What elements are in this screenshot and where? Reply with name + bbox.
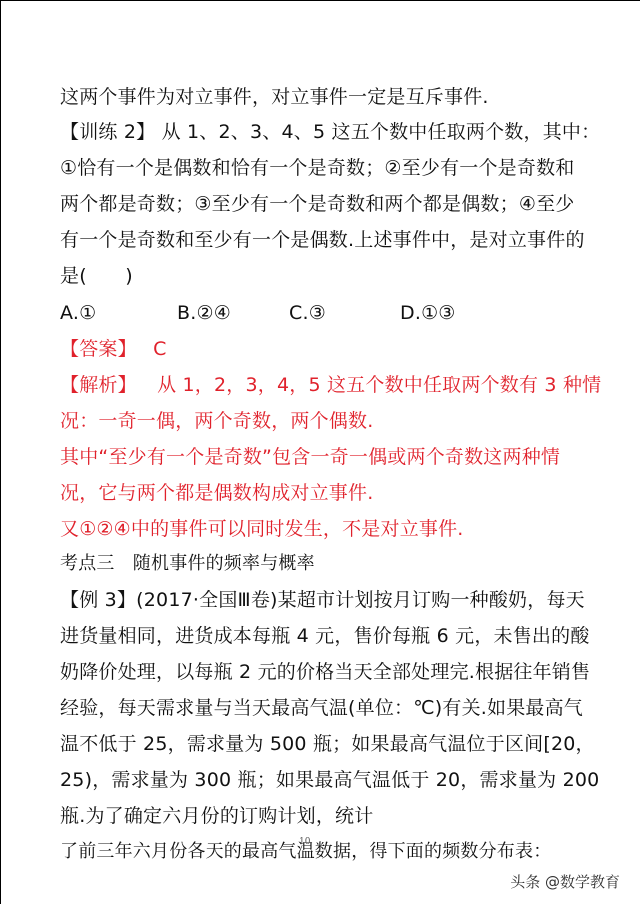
text-line: 有一个是奇数和至少有一个是偶数.上述事件中，是对立事件的 [60, 228, 585, 252]
example-line: 奶降价处理，以每瓶 2 元的价格当天全部处理完.根据往年销售 [60, 660, 590, 684]
option-a: A.① [60, 301, 96, 325]
option-b: B.②④ [177, 301, 231, 325]
text-line: 两个都是奇数；③至少有一个是奇数和两个都是偶数；④至少 [60, 192, 574, 216]
analysis-line: 又①②④中的事件可以同时发生，不是对立事件. [60, 517, 464, 541]
text-line: 这两个事件为对立事件，对立事件一定是互斥事件. [60, 85, 489, 109]
answer-label: 【答案】 [60, 338, 137, 360]
exercise-heading-line: 【训练 2】 从 1、2、3、4、5 这五个数中任取两个数，其中： [60, 120, 600, 144]
option-d: D.①③ [400, 301, 456, 325]
example-line: 瓶.为了确定六月份的订购计划，统计 [60, 804, 373, 828]
answer-value: C [153, 338, 166, 360]
analysis-line: 况：一奇一偶，两个奇数，两个偶数. [60, 409, 373, 433]
answer-line: 【答案】 C [60, 337, 167, 361]
page-number: 10 [299, 837, 310, 847]
section-heading: 考点三 随机事件的频率与概率 [60, 552, 315, 576]
example-line: 【例 3】(2017·全国Ⅲ卷)某超市计划按月订购一种酸奶，每天 [60, 588, 585, 612]
example-line: 经验，每天需求量与当天最高气温(单位：℃)有关.如果最高气 [60, 696, 583, 720]
document-page: 这两个事件为对立事件，对立事件一定是互斥事件. 【训练 2】 从 1、2、3、4… [0, 0, 640, 904]
analysis-line: 其中“至少有一个是奇数”包含一奇一偶或两个奇数这两种情 [60, 445, 560, 469]
analysis-line: 【解析】 从 1，2，3，4，5 这五个数中任取两个数有 3 种情 [60, 373, 601, 397]
text-line: 是( ) [60, 264, 133, 288]
watermark: 头条 @数学教育 [510, 871, 620, 892]
option-c: C.③ [289, 301, 326, 325]
analysis-line: 况，它与两个都是偶数构成对立事件. [60, 481, 373, 505]
example-line: 25)，需求量为 300 瓶；如果最高气温低于 20，需求量为 200 [60, 768, 599, 792]
example-line: 温不低于 25，需求量为 500 瓶；如果最高气温位于区间[20， [60, 732, 595, 756]
example-line: 进货量相同，进货成本每瓶 4 元，售价每瓶 6 元，未售出的酸 [60, 624, 590, 648]
text-line: ①恰有一个是偶数和恰有一个是奇数；②至少有一个是奇数和 [60, 156, 574, 180]
analysis-label: 【解析】 [60, 374, 137, 396]
analysis-text: 从 1，2，3，4，5 这五个数中任取两个数有 3 种情 [157, 374, 601, 396]
